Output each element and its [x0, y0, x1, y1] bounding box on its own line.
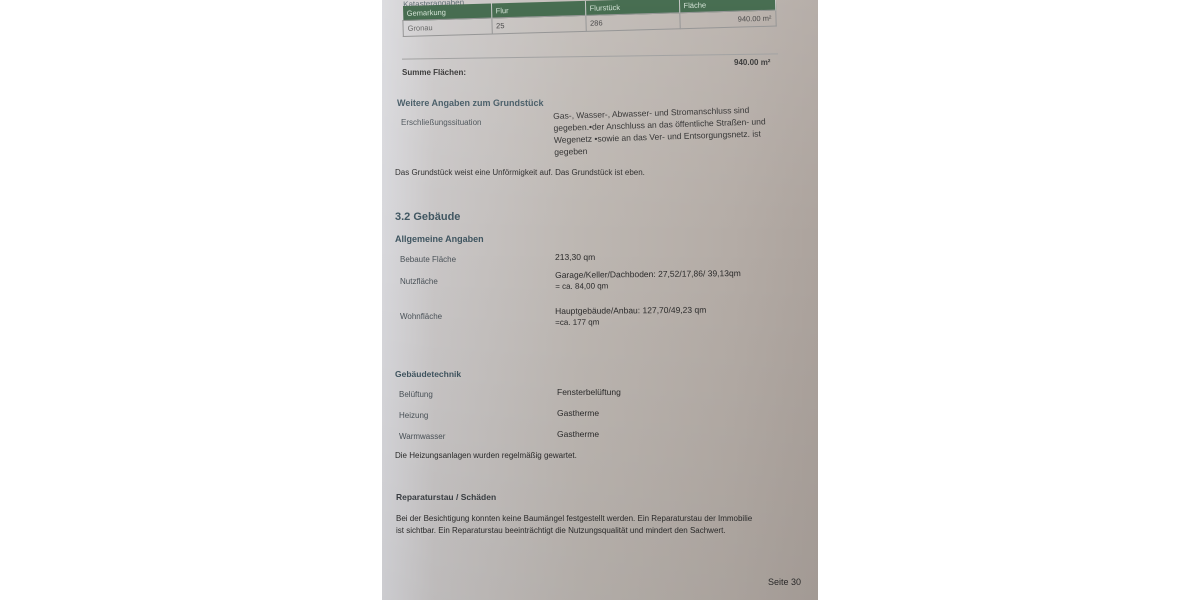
reparatur-text: Bei der Besichtigung konnten keine Baumä… — [396, 513, 752, 537]
sum-divider — [402, 53, 778, 59]
heizung-label: Heizung — [399, 411, 428, 420]
cell-flur: 25 — [491, 15, 585, 34]
warmwasser-label: Warmwasser — [399, 432, 445, 441]
document-page: Katasterangaben Gemarkung Flur Flurstück… — [382, 0, 818, 600]
technik-heading: Gebäudetechnik — [395, 369, 461, 379]
belueftung-label: Belüftung — [399, 390, 433, 399]
warmwasser-value: Gastherme — [557, 428, 599, 440]
page-number: Seite 30 — [768, 577, 801, 587]
grundstueck-heading: Weitere Angaben zum Grundstück — [397, 98, 544, 108]
reparatur-heading: Reparaturstau / Schäden — [396, 492, 496, 502]
heizung-value: Gastherme — [557, 407, 599, 419]
cell-gemarkung: Gronau — [403, 18, 492, 36]
sum-value: 940.00 m² — [734, 58, 770, 67]
wohn-value: Hauptgebäude/Anbau: 127,70/49,23 qm =ca.… — [555, 304, 706, 329]
sum-label: Summe Flächen: — [402, 68, 466, 77]
belueftung-value: Fensterbelüftung — [557, 386, 621, 398]
erschliessung-value: Gas-, Wasser-, Abwasser- und Stromanschl… — [553, 103, 767, 158]
erschliessung-label: Erschließungssituation — [401, 118, 481, 127]
wohn-label: Wohnfläche — [400, 312, 442, 321]
cell-flaeche: 940.00 m² — [679, 10, 776, 29]
technik-note: Die Heizungsanlagen wurden regelmäßig ge… — [395, 450, 577, 462]
nutz-value: Garage/Keller/Dachboden: 27,52/17,86/ 39… — [555, 267, 741, 293]
bebaute-value: 213,30 qm — [555, 251, 595, 263]
section-title: 3.2 Gebäude — [395, 211, 460, 223]
nutz-label: Nutzfläche — [400, 277, 438, 286]
cell-flurstueck: 286 — [585, 13, 679, 32]
kataster-table: Gemarkung Flur Flurstück Fläche Gronau 2… — [402, 0, 777, 37]
grundstueck-note: Das Grundstück weist eine Unförmigkeit a… — [395, 167, 645, 179]
allgemein-heading: Allgemeine Angaben — [395, 234, 484, 244]
bebaute-label: Bebaute Fläche — [400, 255, 456, 264]
